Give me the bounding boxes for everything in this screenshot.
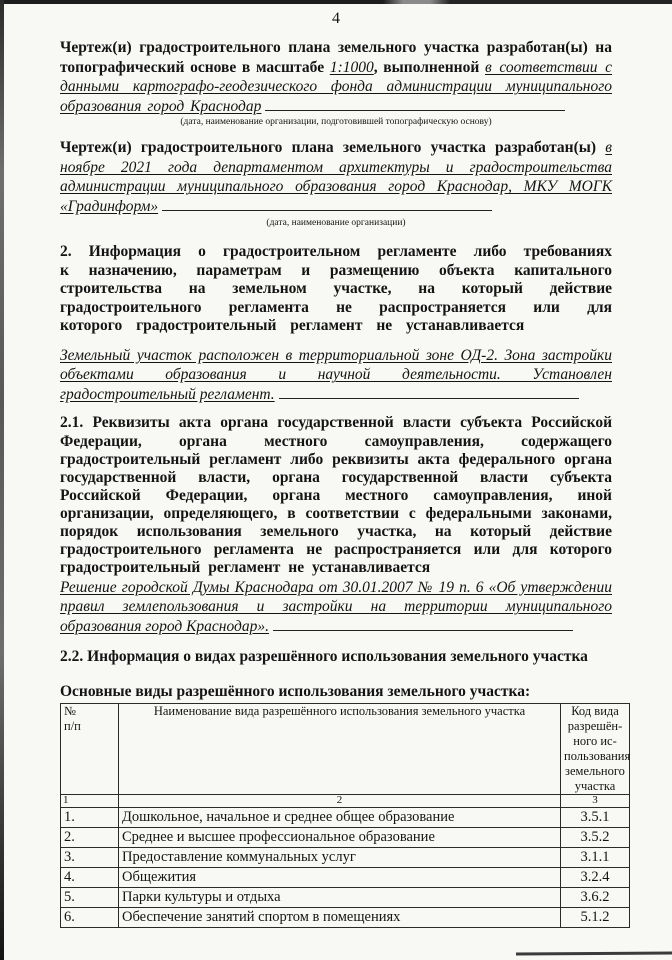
- row-num: 1.: [61, 808, 119, 828]
- scan-edge-top: [0, 0, 672, 4]
- land-use-table: № п/п Наименование вида разрешённого исп…: [60, 703, 630, 928]
- blank-rule: [162, 198, 492, 211]
- table-row: 6. Обеспечение занятий спортом в помещен…: [61, 908, 630, 928]
- row-name: Обеспечение занятий спортом в помещениях: [119, 908, 561, 928]
- scan-edge-left: [0, 0, 4, 960]
- row-code: 3.6.2: [561, 888, 630, 908]
- row-name: Общежития: [119, 868, 561, 888]
- row-num: 4.: [61, 868, 119, 888]
- col-number-1: 1: [61, 795, 119, 808]
- row-num: 2.: [61, 828, 119, 848]
- header-name: Наименование вида разрешённого использов…: [119, 704, 561, 795]
- header-code: Код вида разрешён­ного ис­пользования зе…: [561, 704, 630, 795]
- blank-rule: [273, 617, 573, 630]
- scan-smudge-bottom-right: [516, 951, 672, 955]
- zone-paragraph: Земельный участок расположен в территори…: [60, 346, 612, 405]
- row-num: 6.: [61, 908, 119, 928]
- col-number-3: 3: [561, 795, 630, 808]
- row-name: Парки культуры и отдыха: [119, 888, 561, 908]
- table-row: 1. Дошкольное, начальное и среднее общее…: [61, 808, 630, 828]
- blank-rule: [279, 386, 579, 399]
- developer-caption: (дата, наименование организации): [60, 218, 612, 229]
- page-content: 4 Чертеж(и) градостроительного плана зем…: [60, 10, 612, 928]
- section-2-1-heading: 2.1. Реквизиты акта органа государственн…: [60, 414, 612, 577]
- table-row: 4. Общежития 3.2.4: [61, 868, 630, 888]
- row-name: Дошкольное, начальное и среднее общее об…: [119, 808, 561, 828]
- developer-lead: Чертеж(и) градостроительного плана земел…: [60, 139, 596, 156]
- table-row: 5. Парки культуры и отдыха 3.6.2: [61, 888, 630, 908]
- row-name: Предоставление коммунальных услуг: [119, 848, 561, 868]
- table-row: 3. Предоставление коммунальных услуг 3.1…: [61, 848, 630, 868]
- table-row: 2. Среднее и высшее профессиональное обр…: [61, 828, 630, 848]
- section-2-2-heading: 2.2. Информация о видах разрешённого исп…: [60, 648, 612, 667]
- row-code: 3.1.1: [561, 848, 630, 868]
- document-page: 4 Чертеж(и) градостроительного плана зем…: [0, 0, 672, 960]
- blank-rule: [265, 97, 565, 110]
- row-num: 5.: [61, 888, 119, 908]
- header-num: № п/п: [61, 704, 119, 795]
- column-number-row: 1 2 3: [61, 795, 630, 808]
- scale-value: 1:1000: [330, 59, 374, 76]
- row-code: 5.1.2: [561, 908, 630, 928]
- topo-basis-mid: , выполненной: [374, 59, 480, 76]
- page-number: 4: [60, 10, 612, 28]
- topo-basis-paragraph: Чертеж(и) градостроительного плана земел…: [60, 38, 612, 116]
- developer-paragraph: Чертеж(и) градостроительного плана земел…: [60, 138, 612, 216]
- row-code: 3.5.2: [561, 828, 630, 848]
- decision-paragraph: Решение городской Думы Краснодара от 30.…: [60, 578, 612, 637]
- table-header-row: № п/п Наименование вида разрешённого исп…: [61, 704, 630, 795]
- col-number-2: 2: [119, 795, 561, 808]
- row-code: 3.5.1: [561, 808, 630, 828]
- row-name: Среднее и высшее профессиональное образо…: [119, 828, 561, 848]
- row-num: 3.: [61, 848, 119, 868]
- land-use-table-title: Основные виды разрешённого использования…: [60, 683, 612, 702]
- topo-basis-caption: (дата, наименование организации, подгото…: [60, 117, 612, 128]
- row-code: 3.2.4: [561, 868, 630, 888]
- section-2-heading: 2. Информация о градостроительном реглам…: [60, 243, 612, 336]
